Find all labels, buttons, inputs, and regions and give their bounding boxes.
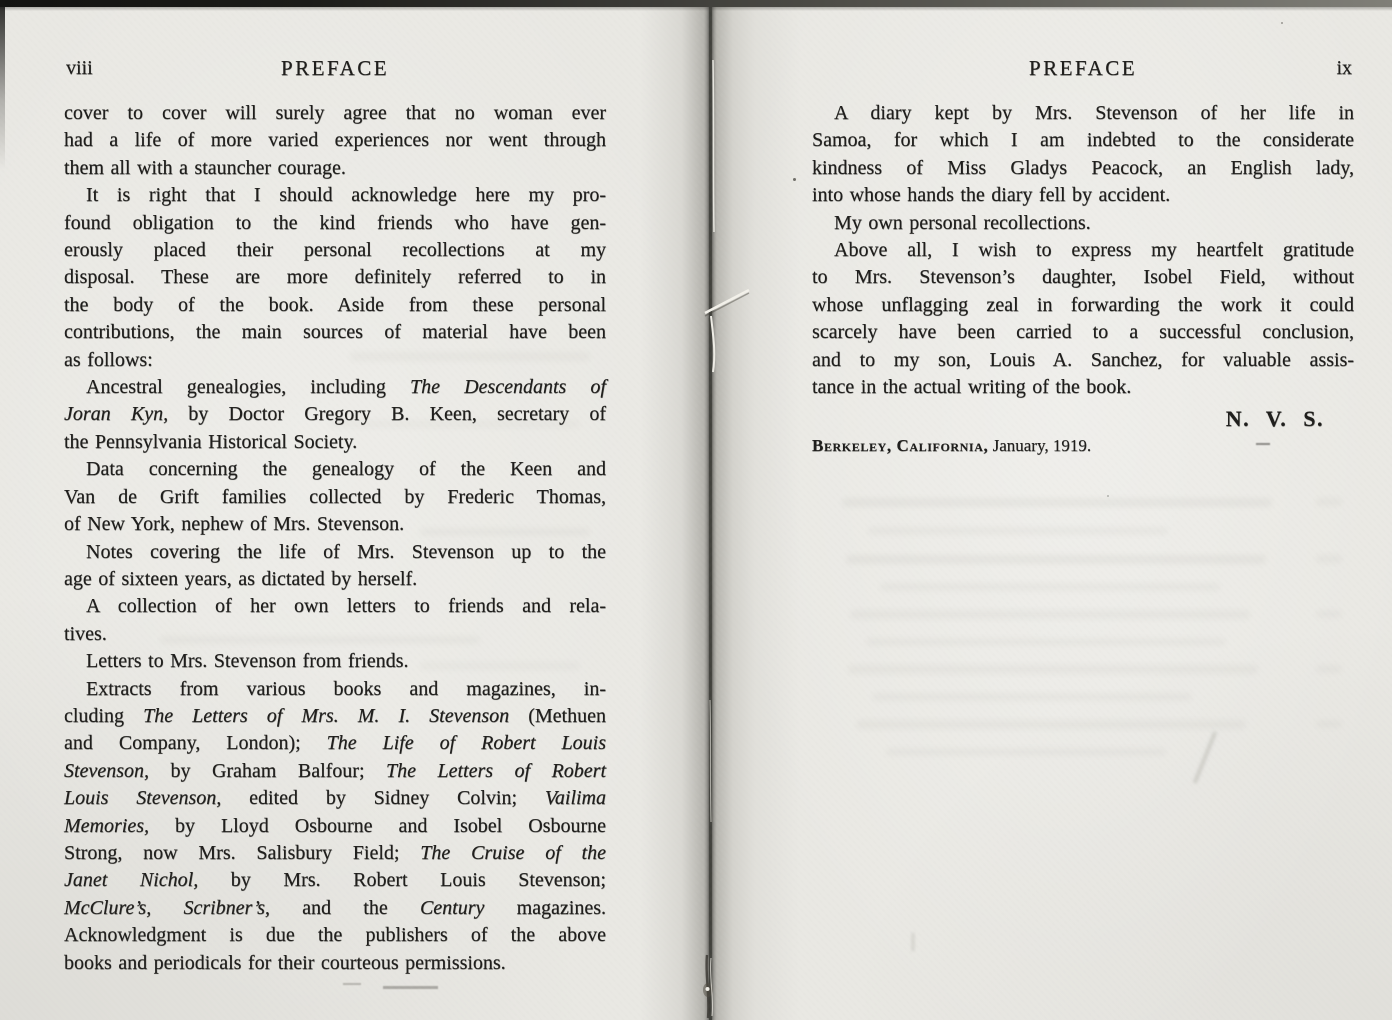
page-left-text: cover to cover will surely agree that no…: [64, 100, 606, 977]
text-segment: and Company, London);: [64, 732, 327, 754]
scan-edge-top-soft: [0, 7, 1392, 11]
text-segment: Above all, I wish to express my heartfel…: [834, 239, 1354, 261]
text-segment: by Mrs. Robert Louis Stevenson;: [198, 869, 606, 891]
text-line: Extracts from various books and magazine…: [64, 676, 606, 703]
text-line: tives.: [64, 621, 606, 648]
text-line: the Pennsylvania Historical Society.: [64, 429, 606, 456]
text-segment: whose unflagging zeal in forwarding the …: [812, 294, 1354, 316]
page-left-header: viii PREFACE: [64, 56, 606, 86]
text-line: It is right that I should acknowledge he…: [64, 182, 606, 209]
text-segment: edited by Sidney Colvin;: [221, 787, 545, 809]
text-segment: them all with a stauncher courage.: [64, 157, 346, 179]
text-line: to Mrs. Stevenson’s daughter, Isobel Fie…: [812, 264, 1354, 291]
italic-text: McClure’s, Scribner’s,: [64, 897, 270, 919]
text-segment: tives.: [64, 623, 107, 645]
text-line: Strong, now Mrs. Salisbury Field; The Cr…: [64, 840, 606, 867]
italic-text: Louis Stevenson,: [64, 787, 221, 809]
text-segment: January, 1919.: [988, 436, 1091, 455]
text-segment: Data concerning the genealogy of the Kee…: [86, 458, 606, 480]
italic-text: Memories,: [64, 815, 149, 837]
binding-thread: [711, 316, 714, 372]
text-line: found obligation to the kind friends who…: [64, 210, 606, 237]
text-segment: Acknowledgment is due the publishers of …: [64, 924, 606, 946]
text-line: into whose hands the diary fell by accid…: [812, 182, 1354, 209]
text-segment: Berkeley, California,: [812, 436, 988, 455]
thread-knot: [703, 983, 713, 997]
text-line: A collection of her own letters to frien…: [64, 593, 606, 620]
text-segment: (Methuen: [509, 705, 606, 727]
text-segment: had a life of more varied experiences no…: [64, 129, 606, 151]
text-line: Louis Stevenson, edited by Sidney Colvin…: [64, 785, 606, 812]
running-head: PREFACE: [812, 56, 1354, 81]
italic-text: The Descendants of: [410, 376, 606, 398]
text-segment: tance in the actual writing of the book.: [812, 376, 1131, 398]
text-line: Ancestral genealogies, including The Des…: [64, 374, 606, 401]
italic-text: Joran Kyn,: [64, 403, 168, 425]
binding-thread: [707, 955, 709, 1018]
text-line: the body of the book. Aside from these p…: [64, 292, 606, 319]
text-line: Notes covering the life of Mrs. Stevenso…: [64, 539, 606, 566]
italic-text: The Letters of Mrs. M. I. Stevenson: [143, 705, 509, 727]
italic-text: The Cruise of the: [420, 842, 606, 864]
text-line: Samoa, for which I am indebted to the co…: [812, 127, 1354, 154]
italic-text: Vailima: [545, 787, 606, 809]
text-line: Van de Grift families collected by Frede…: [64, 484, 606, 511]
text-line: erously placed their personal recollecti…: [64, 237, 606, 264]
crease-highlight: [713, 60, 714, 232]
text-line: as follows:: [64, 347, 606, 374]
text-segment: and the: [270, 897, 420, 919]
text-segment: found obligation to the kind friends who…: [64, 212, 606, 234]
page-right-header: PREFACE ix: [812, 56, 1354, 86]
page-number: ix: [1336, 57, 1352, 80]
book-scan: { "left_page": { "page_number": "viii", …: [0, 0, 1392, 1020]
binding-thread-shadow: [709, 318, 712, 372]
text-segment: Letters to Mrs. Stevenson from friends.: [86, 650, 408, 672]
text-line: tance in the actual writing of the book.: [812, 374, 1354, 401]
text-segment: A diary kept by Mrs. Stevenson of her li…: [834, 102, 1354, 124]
italic-text: The Life of Robert Louis: [327, 732, 606, 754]
text-segment: the Pennsylvania Historical Society.: [64, 431, 357, 453]
text-segment: cover to cover will surely agree that no…: [64, 102, 606, 124]
text-segment: My own personal recollections.: [834, 212, 1091, 234]
scan-edge-top: [0, 0, 1392, 7]
text-segment: It is right that I should acknowledge he…: [86, 184, 606, 206]
text-segment: into whose hands the diary fell by accid…: [812, 184, 1170, 206]
text-segment: cluding: [64, 705, 143, 727]
text-line: My own personal recollections.: [812, 210, 1354, 237]
text-line: contributions, the main sources of mater…: [64, 319, 606, 346]
text-segment: by Lloyd Osbourne and Isobel Osbourne: [149, 815, 606, 837]
text-line: kindness of Miss Gladys Peacock, an Engl…: [812, 155, 1354, 182]
text-segment: scarcely have been carried to a successf…: [812, 321, 1354, 343]
text-line: Joran Kyn, by Doctor Gregory B. Keen, se…: [64, 401, 606, 428]
text-line: whose unflagging zeal in forwarding the …: [812, 292, 1354, 319]
text-segment: contributions, the main sources of mater…: [64, 321, 606, 343]
text-line: cover to cover will surely agree that no…: [64, 100, 606, 127]
text-line: scarcely have been carried to a successf…: [812, 319, 1354, 346]
thread-knot-highlight: [706, 987, 710, 991]
binding-thread: [711, 958, 713, 1016]
dateline: Berkeley, California, January, 1919.: [812, 435, 1354, 457]
text-segment: by Doctor Gregory B. Keen, secretary of: [168, 403, 606, 425]
text-line: Letters to Mrs. Stevenson from friends.: [64, 648, 606, 675]
text-segment: by Graham Balfour;: [149, 760, 386, 782]
text-line: and Company, London); The Life of Robert…: [64, 730, 606, 757]
text-segment: books and periodicals for their courteou…: [64, 952, 506, 974]
text-segment: erously placed their personal recollecti…: [64, 239, 606, 261]
scan-edge-left: [0, 0, 5, 170]
text-segment: A collection of her own letters to frien…: [86, 595, 606, 617]
text-line: had a life of more varied experiences no…: [64, 127, 606, 154]
text-line: Acknowledgment is due the publishers of …: [64, 922, 606, 949]
page-left: viii PREFACE cover to cover will surely …: [64, 56, 606, 977]
running-head: PREFACE: [64, 56, 606, 81]
italic-text: The Letters of Robert: [386, 760, 606, 782]
italic-text: Century: [420, 897, 484, 919]
text-segment: Extracts from various books and magazine…: [86, 678, 606, 700]
italic-text: Janet Nichol,: [64, 869, 198, 891]
text-segment: as follows:: [64, 349, 153, 371]
text-line: of New York, nephew of Mrs. Stevenson.: [64, 511, 606, 538]
text-segment: age of sixteen years, as dictated by her…: [64, 568, 417, 590]
text-line: McClure’s, Scribner’s, and the Century m…: [64, 895, 606, 922]
binding-crease: [709, 0, 712, 1020]
text-segment: of New York, nephew of Mrs. Stevenson.: [64, 513, 404, 535]
text-segment: Strong, now Mrs. Salisbury Field;: [64, 842, 420, 864]
text-segment: kindness of Miss Gladys Peacock, an Engl…: [812, 157, 1354, 179]
text-segment: Van de Grift families collected by Frede…: [64, 486, 606, 508]
page-right: PREFACE ix A diary kept by Mrs. Stevenso…: [812, 56, 1354, 457]
crease-highlight: [710, 700, 711, 822]
text-segment: Notes covering the life of Mrs. Stevenso…: [86, 541, 606, 563]
text-line: them all with a stauncher courage.: [64, 155, 606, 182]
text-segment: disposal. These are more definitely refe…: [64, 266, 606, 288]
text-line: age of sixteen years, as dictated by her…: [64, 566, 606, 593]
text-line: Memories, by Lloyd Osbourne and Isobel O…: [64, 813, 606, 840]
text-line: cluding The Letters of Mrs. M. I. Steven…: [64, 703, 606, 730]
text-segment: magazines.: [484, 897, 606, 919]
text-segment: Ancestral genealogies, including: [86, 376, 410, 398]
text-line: books and periodicals for their courteou…: [64, 950, 606, 977]
text-line: A diary kept by Mrs. Stevenson of her li…: [812, 100, 1354, 127]
text-line: disposal. These are more definitely refe…: [64, 264, 606, 291]
italic-text: Stevenson,: [64, 760, 149, 782]
text-segment: to Mrs. Stevenson’s daughter, Isobel Fie…: [812, 266, 1354, 288]
text-line: Above all, I wish to express my heartfel…: [812, 237, 1354, 264]
text-line: Data concerning the genealogy of the Kee…: [64, 456, 606, 483]
text-line: and to my son, Louis A. Sanchez, for val…: [812, 347, 1354, 374]
text-line: Janet Nichol, by Mrs. Robert Louis Steve…: [64, 867, 606, 894]
page-right-text: A diary kept by Mrs. Stevenson of her li…: [812, 100, 1354, 401]
text-segment: the body of the book. Aside from these p…: [64, 294, 606, 316]
text-line: Stevenson, by Graham Balfour; The Letter…: [64, 758, 606, 785]
text-segment: and to my son, Louis A. Sanchez, for val…: [812, 349, 1354, 371]
author-initials-signature: N. V. S.: [812, 406, 1354, 432]
text-segment: Samoa, for which I am indebted to the co…: [812, 129, 1354, 151]
